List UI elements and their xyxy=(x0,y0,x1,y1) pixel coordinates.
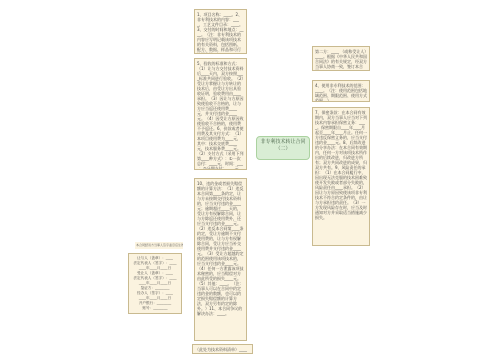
clause-paragraph-parties-intro: 第二方：____ （或称受让人）____。根据《中华人民共和国合同法》的有关规定… xyxy=(312,46,370,71)
clause-paragraph-appendix-note: （此处为技术资料清单）____ xyxy=(192,344,253,354)
clause-paragraph-breach-liability: 10、违约金或者损失赔偿额的计算方法：（1）违反本合同第____条约定，让与方未… xyxy=(194,178,247,341)
clause-paragraph-project-name: 1、项目名称：____。2、非专利技术的内容：____，工艺文件目录：____。… xyxy=(194,9,247,54)
effectiveness-note: 本合同经双方当事人签字盖章后生效 xyxy=(135,242,183,249)
clause-paragraph-confidentiality-risk: 7、保密条款：在本合同有效期内，双方当事人应当对下列技术内容承担保密义务：___… xyxy=(312,107,370,246)
clause-paragraph-acceptance-payment: 5、验收的标准和方式：（1）让与方交付技术资料后____天内，双方按照____标… xyxy=(194,58,247,170)
clause-paragraph-usage-scope: 4、使用非专利技术的范围：____。（注：使用范围包括地域范围、期限范围、使用方… xyxy=(312,80,370,102)
document-thumbnail: 1、项目名称：____。2、非专利技术的内容：____，工艺文件目录：____。… xyxy=(0,0,500,360)
document-title: 非专利技术转让合同（二） xyxy=(256,136,310,160)
signature-block: 让与人（盖章）：____ 法定代表人（签字）：____ ____年____月__… xyxy=(128,253,182,314)
